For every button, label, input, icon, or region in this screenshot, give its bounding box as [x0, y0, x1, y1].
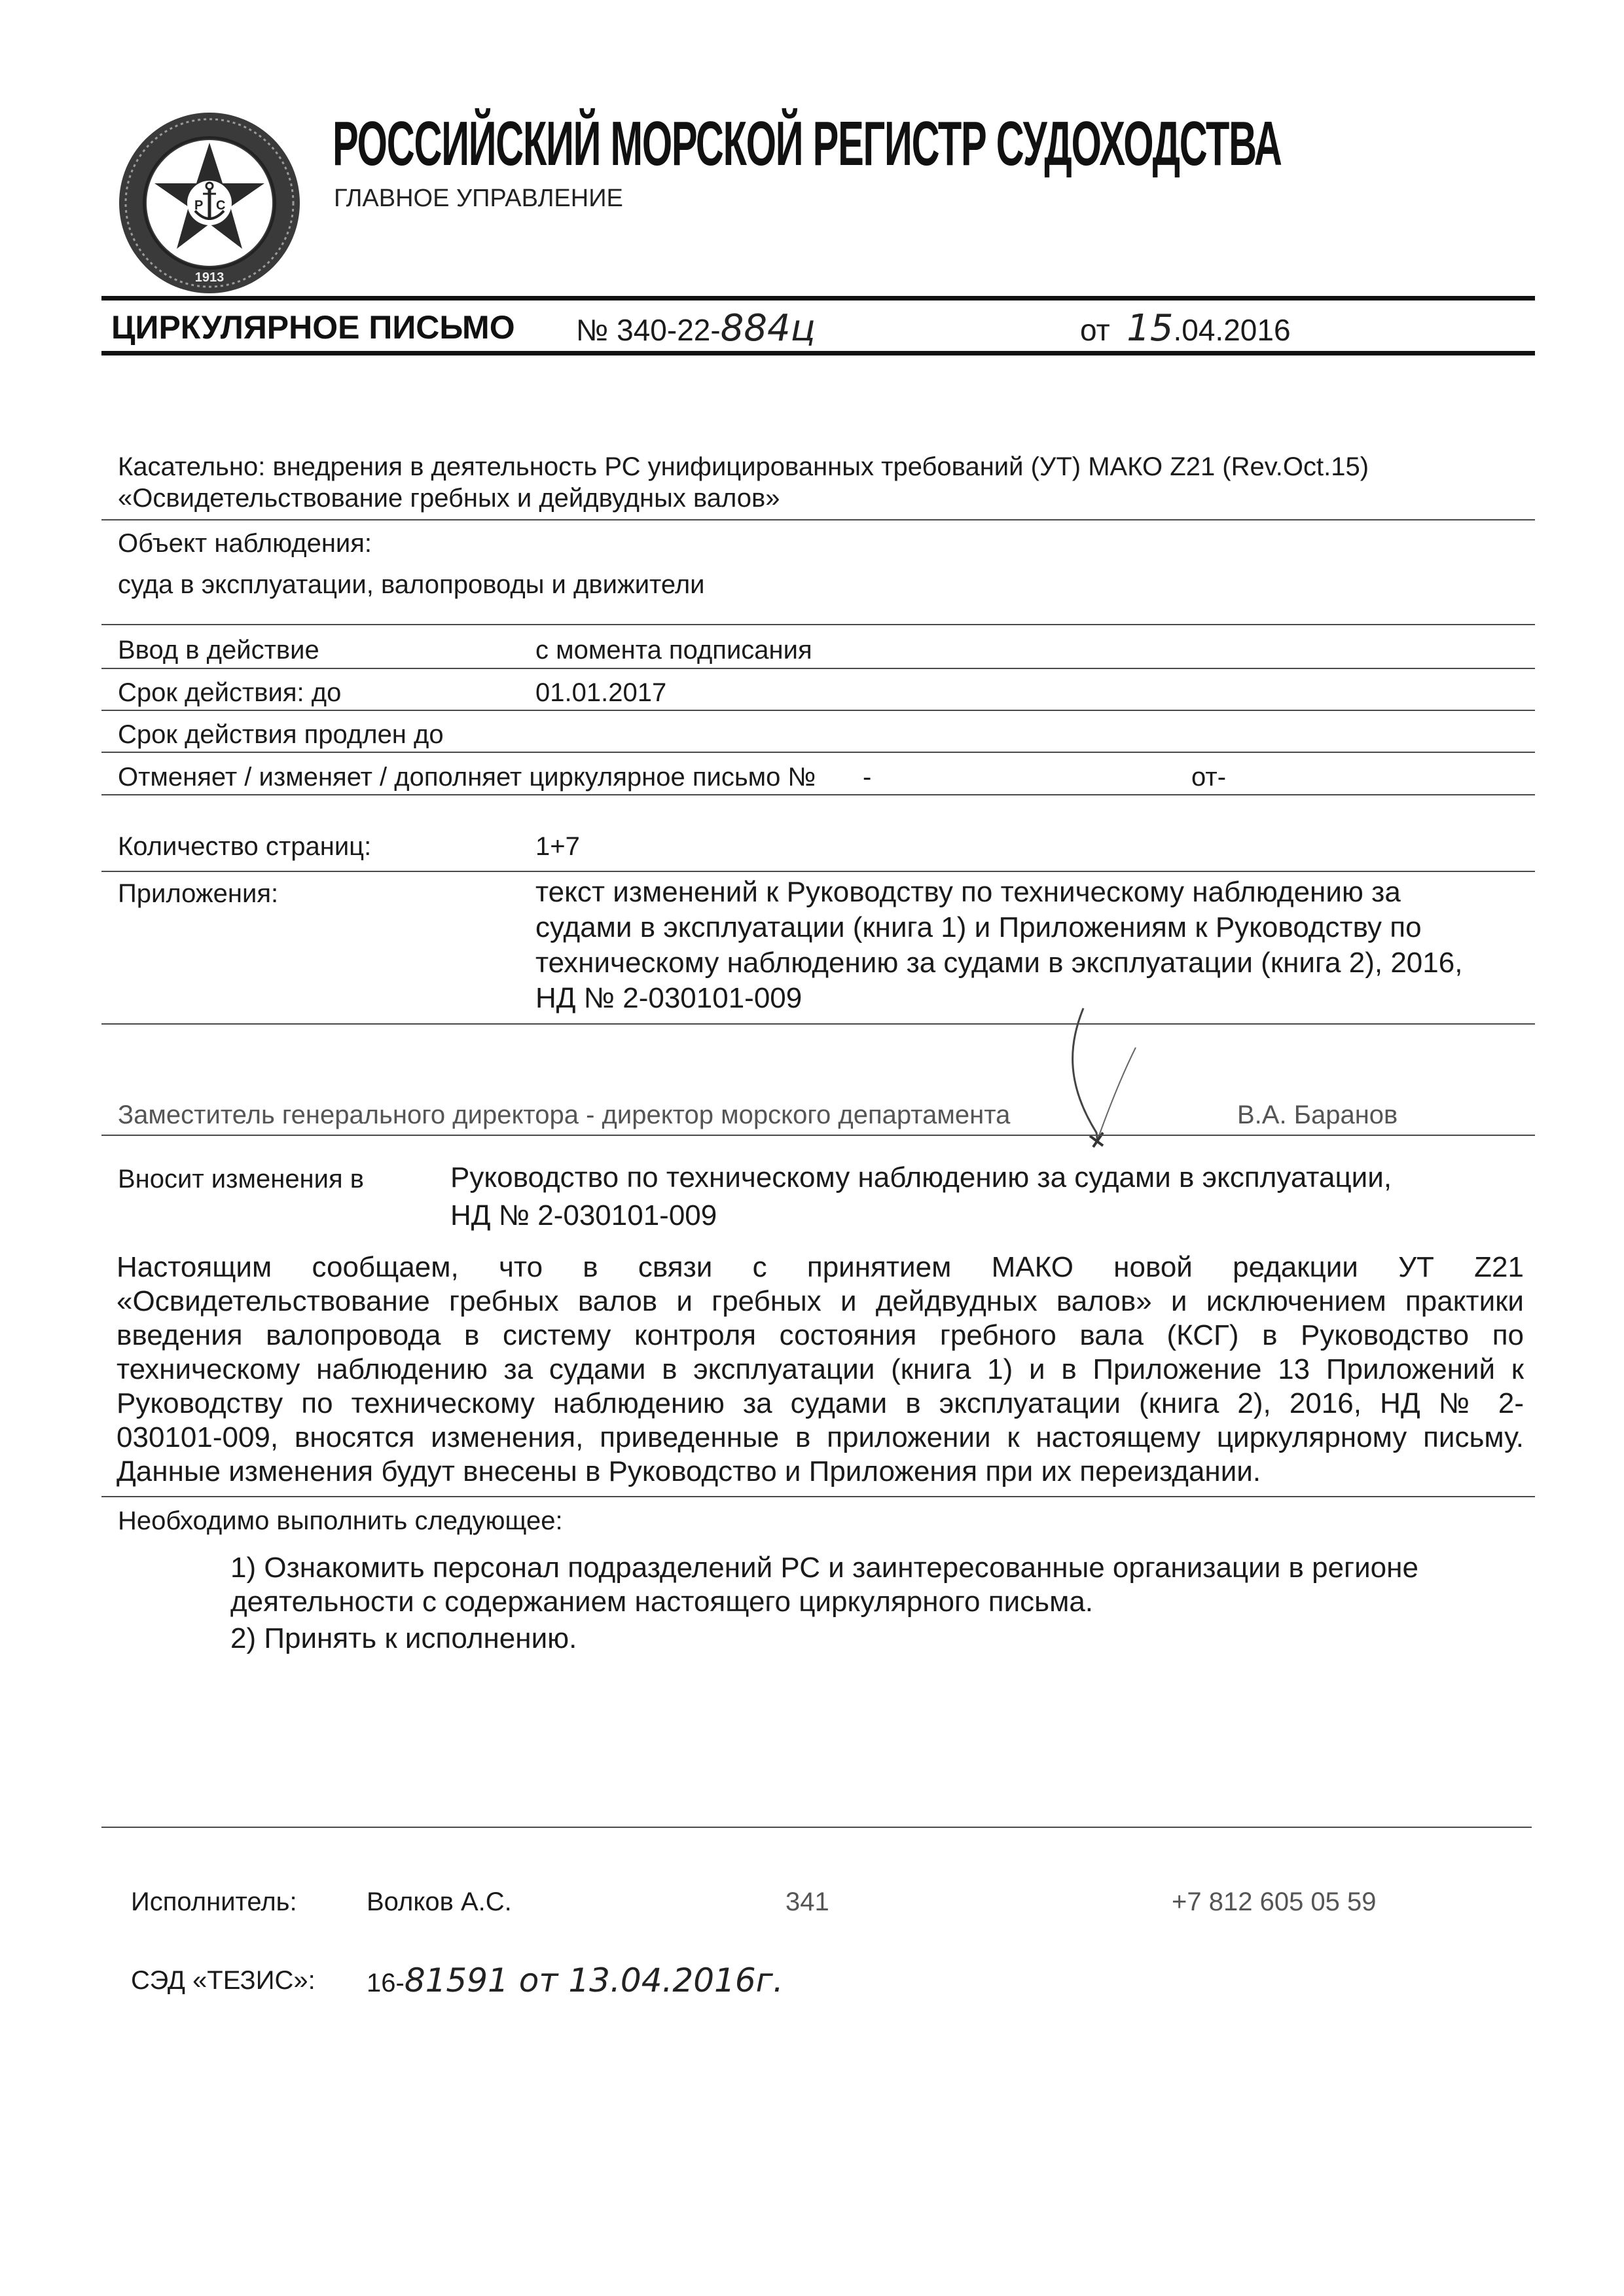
executor-extension: 341: [785, 1886, 829, 1918]
action-item-2: 2) Принять к исполнению.: [230, 1621, 577, 1656]
letter-date-label: от: [1080, 313, 1110, 347]
cancels-number: -: [863, 761, 871, 793]
divider: [101, 871, 1535, 872]
pages-value: 1+7: [535, 830, 580, 863]
field-value-valid-until: 01.01.2017: [535, 676, 666, 709]
svg-text:Р: Р: [194, 198, 203, 213]
letter-date-day-handwritten: 15: [1127, 307, 1173, 350]
amends-line: Руководство по техническому наблюдению з…: [450, 1160, 1392, 1195]
letter-type: ЦИРКУЛЯРНОЕ ПИСЬМО: [111, 308, 515, 347]
letter-date-rest: .04.2016: [1173, 313, 1290, 347]
signatory-position: Заместитель генерального директора - дир…: [118, 1099, 1010, 1131]
divider: [101, 1023, 1535, 1025]
signatory-name: В.А. Баранов: [1237, 1099, 1398, 1131]
divider: [101, 752, 1535, 753]
header-rule-bottom: [101, 351, 1535, 355]
divider: [101, 624, 1535, 625]
sed-label: СЭД «ТЕЗИС»:: [131, 1964, 316, 1997]
letter-number-handwritten: 884ц: [721, 307, 816, 350]
pages-label: Количество страниц:: [118, 830, 371, 863]
sed-number: 16-81591 от 13.04.2016г.: [367, 1964, 784, 1999]
subject-line-1: Касательно: внедрения в деятельность РС …: [118, 450, 1369, 483]
body-line: Руководству по техническому наблюдению з…: [117, 1387, 1524, 1421]
body-line: «Освидетельствование гребных валов и гре…: [117, 1285, 1524, 1319]
header-rule-top: [101, 296, 1535, 301]
object-label: Объект наблюдения:: [118, 527, 372, 560]
attachments-line: техническому наблюдению за судами в эксп…: [535, 945, 1462, 981]
handwritten-signature-icon: [1057, 1002, 1162, 1152]
sed-handwritten: 81591 от 13.04.2016г.: [405, 1961, 784, 1999]
body-line: 030101-009, вносятся изменения, приведен…: [117, 1421, 1524, 1455]
svg-text:С: С: [216, 198, 225, 213]
cancels-label: Отменяет / изменяет / дополняет циркуляр…: [118, 761, 816, 793]
svg-text:1913: 1913: [195, 270, 225, 285]
department-name: ГЛАВНОЕ УПРАВЛЕНИЕ: [334, 185, 623, 213]
letter-number-prefix: № 340-22-: [576, 313, 721, 347]
letter-date: от 15.04.2016: [1080, 309, 1291, 350]
action-item-1-line-2: деятельности с содержанием настоящего ци…: [230, 1584, 1093, 1620]
attachments-line: текст изменений к Руководству по техниче…: [535, 875, 1401, 910]
action-item-1-line-1: 1) Ознакомить персонал подразделений РС …: [230, 1550, 1418, 1586]
amends-line: НД № 2-030101-009: [450, 1198, 717, 1233]
actions-intro: Необходимо выполнить следующее:: [118, 1504, 563, 1537]
executor-phone: +7 812 605 05 59: [1172, 1886, 1377, 1918]
footer-divider: [101, 1827, 1532, 1828]
attachments-line: судами в эксплуатации (книга 1) и Прилож…: [535, 910, 1422, 945]
field-label-extended-until: Срок действия продлен до: [118, 718, 444, 751]
attachments-line: НД № 2-030101-009: [535, 981, 802, 1016]
body-paragraph: Настоящим сообщаем, что в связи с принят…: [117, 1250, 1524, 1489]
field-label-effective: Ввод в действие: [118, 634, 319, 666]
attachments-label: Приложения:: [118, 877, 278, 910]
body-line: Настоящим сообщаем, что в связи с принят…: [117, 1250, 1524, 1285]
body-line: техническому наблюдению за судами в эксп…: [117, 1353, 1524, 1387]
object-value: суда в эксплуатации, валопроводы и движи…: [118, 568, 705, 601]
executor-name: Волков А.С.: [367, 1886, 512, 1918]
divider: [101, 794, 1535, 795]
divider: [101, 1496, 1535, 1497]
divider: [101, 519, 1535, 520]
divider: [101, 710, 1535, 711]
executor-label: Исполнитель:: [131, 1886, 297, 1918]
field-value-effective: с момента подписания: [535, 634, 812, 666]
body-line: введения валопровода в систему контроля …: [117, 1319, 1524, 1353]
cancels-date: от-: [1191, 761, 1226, 793]
divider: [101, 1135, 1535, 1136]
amends-label: Вносит изменения в: [118, 1163, 364, 1195]
letter-number: № 340-22-884ц: [576, 309, 816, 350]
organization-name: РОССИЙСКИЙ МОРСКОЙ РЕГИСТР СУДОХОДСТВА: [333, 111, 1282, 177]
field-label-valid-until: Срок действия: до: [118, 676, 341, 709]
body-line: Данные изменения будут внесены в Руковод…: [117, 1455, 1524, 1489]
anchor-star-seal-icon: Р С 1913: [117, 110, 302, 296]
sed-prefix: 16-: [367, 1969, 405, 1997]
subject-line-2: «Освидетельствование гребных и дейдвудны…: [118, 482, 780, 515]
divider: [101, 668, 1535, 669]
